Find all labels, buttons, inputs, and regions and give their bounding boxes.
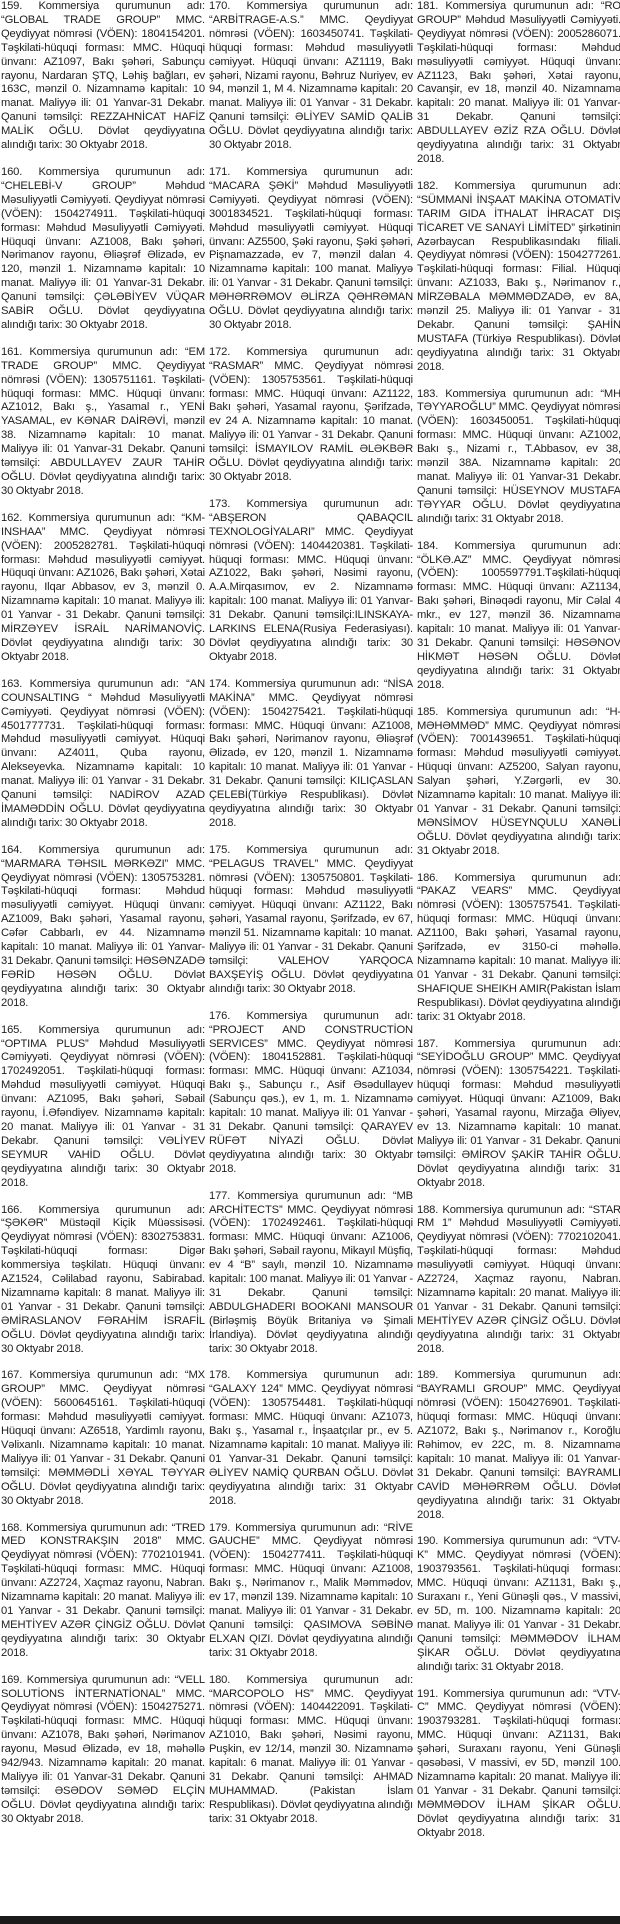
- registry-entry-183: 183. Kommersiya qurumunun adı: “MH TƏYYA…: [417, 388, 620, 527]
- registry-entry-180: 180. Kommersiya qurumunun adı: “MARCOPOL…: [209, 1674, 413, 1827]
- registry-entry-162: 162. Kommersiya qurumunun adı: “KM-INSHA…: [1, 512, 205, 665]
- registry-entry-188: 188. Kommersiya qurumunun adı: “STAR RM …: [417, 1204, 620, 1357]
- registry-entry-171: 171. Kommersiya qurumunun adı: “MACARA Ş…: [209, 166, 413, 333]
- registry-entry-169: 169. Kommersiya qurumunun adı: “VELL SOL…: [1, 1674, 205, 1827]
- registry-entry-191: 191. Kommersiya qurumunun adı: “VTV-C” M…: [417, 1688, 620, 1841]
- registry-entry-174: 174. Kommersiya qurumunun adı: “NİSA MAK…: [209, 678, 413, 831]
- registry-entry-166: 166. Kommersiya qurumunun adı: “ŞƏKƏR” M…: [1, 1204, 205, 1357]
- registry-entry-159: 159. Kommersiya qurumunun adı: “GLOBAL T…: [1, 0, 205, 153]
- registry-entry-190: 190. Kommersiya qurumunun adı: “VTV-K” M…: [417, 1535, 620, 1674]
- registry-entry-189: 189. Kommersiya qurumunun adı: “BAYRAMLI…: [417, 1369, 620, 1522]
- registry-entry-173: 173. Kommersiya qurumunun adı: “ABŞERON …: [209, 498, 413, 665]
- registry-entry-160: 160. Kommersiya qurumunun adı: “CHELEBİ-…: [1, 166, 205, 333]
- column-right: 181. Kommersiya qurumunun adı: “RO GROUP…: [417, 0, 620, 1916]
- registry-page: 159. Kommersiya qurumunun adı: “GLOBAL T…: [0, 0, 620, 1916]
- registry-entry-187: 187. Kommersiya qurumunun adı: “SEYİDOĞL…: [417, 1038, 620, 1191]
- registry-entry-182: 182. Kommersiya qurumunun adı: “SÜMMANİ …: [417, 180, 620, 375]
- registry-entry-175: 175. Kommersiya qurumunun adı: “PELAGUS …: [209, 844, 413, 997]
- registry-entry-176: 176. Kommersiya qurumunun adı: “PROJECT …: [209, 1010, 413, 1177]
- registry-entry-161: 161. Kommersiya qurumunun adı: “EM TRADE…: [1, 346, 205, 499]
- registry-entry-181: 181. Kommersiya qurumunun adı: “RO GROUP…: [417, 0, 620, 167]
- registry-entry-179: 179. Kommersiya qurumunun adı: “RİVE GAU…: [209, 1522, 413, 1661]
- registry-entry-184: 184. Kommersiya qurumunun adı: “ÖLKƏ.AZ”…: [417, 540, 620, 693]
- registry-entry-177: 177. Kommersiya qurumunun adı: “MB ARCHİ…: [209, 1190, 413, 1357]
- bottom-divider-bar: [0, 1916, 620, 1924]
- column-left: 159. Kommersiya qurumunun adı: “GLOBAL T…: [1, 0, 205, 1916]
- registry-entry-163: 163. Kommersiya qurumunun adı: “AN COUNS…: [1, 678, 205, 831]
- registry-entry-168: 168. Kommersiya qurumunun adı: “TRED MED…: [1, 1522, 205, 1661]
- registry-entry-165: 165. Kommersiya qurumunun adı: “OPTIMA P…: [1, 1024, 205, 1191]
- registry-entry-186: 186. Kommersiya qurumunun adı: “PAKAZ VE…: [417, 872, 620, 1025]
- registry-entry-178: 178. Kommersiya qurumunun adı: “GALAXY 1…: [209, 1369, 413, 1508]
- column-middle: 170. Kommersiya qurumunun adı: “ARBİTRAG…: [209, 0, 413, 1916]
- registry-entry-167: 167. Kommersiya qurumunun adı: “MX GROUP…: [1, 1369, 205, 1508]
- registry-entry-172: 172. Kommersiya qurumunun adı: “RASMAR” …: [209, 346, 413, 485]
- registry-entry-170: 170. Kommersiya qurumunun adı: “ARBİTRAG…: [209, 0, 413, 153]
- registry-entry-164: 164. Kommersiya qurumunun adı: “MARMARA …: [1, 844, 205, 1011]
- registry-entry-185: 185. Kommersiya qurumunun adı: “H-MƏHƏMM…: [417, 706, 620, 859]
